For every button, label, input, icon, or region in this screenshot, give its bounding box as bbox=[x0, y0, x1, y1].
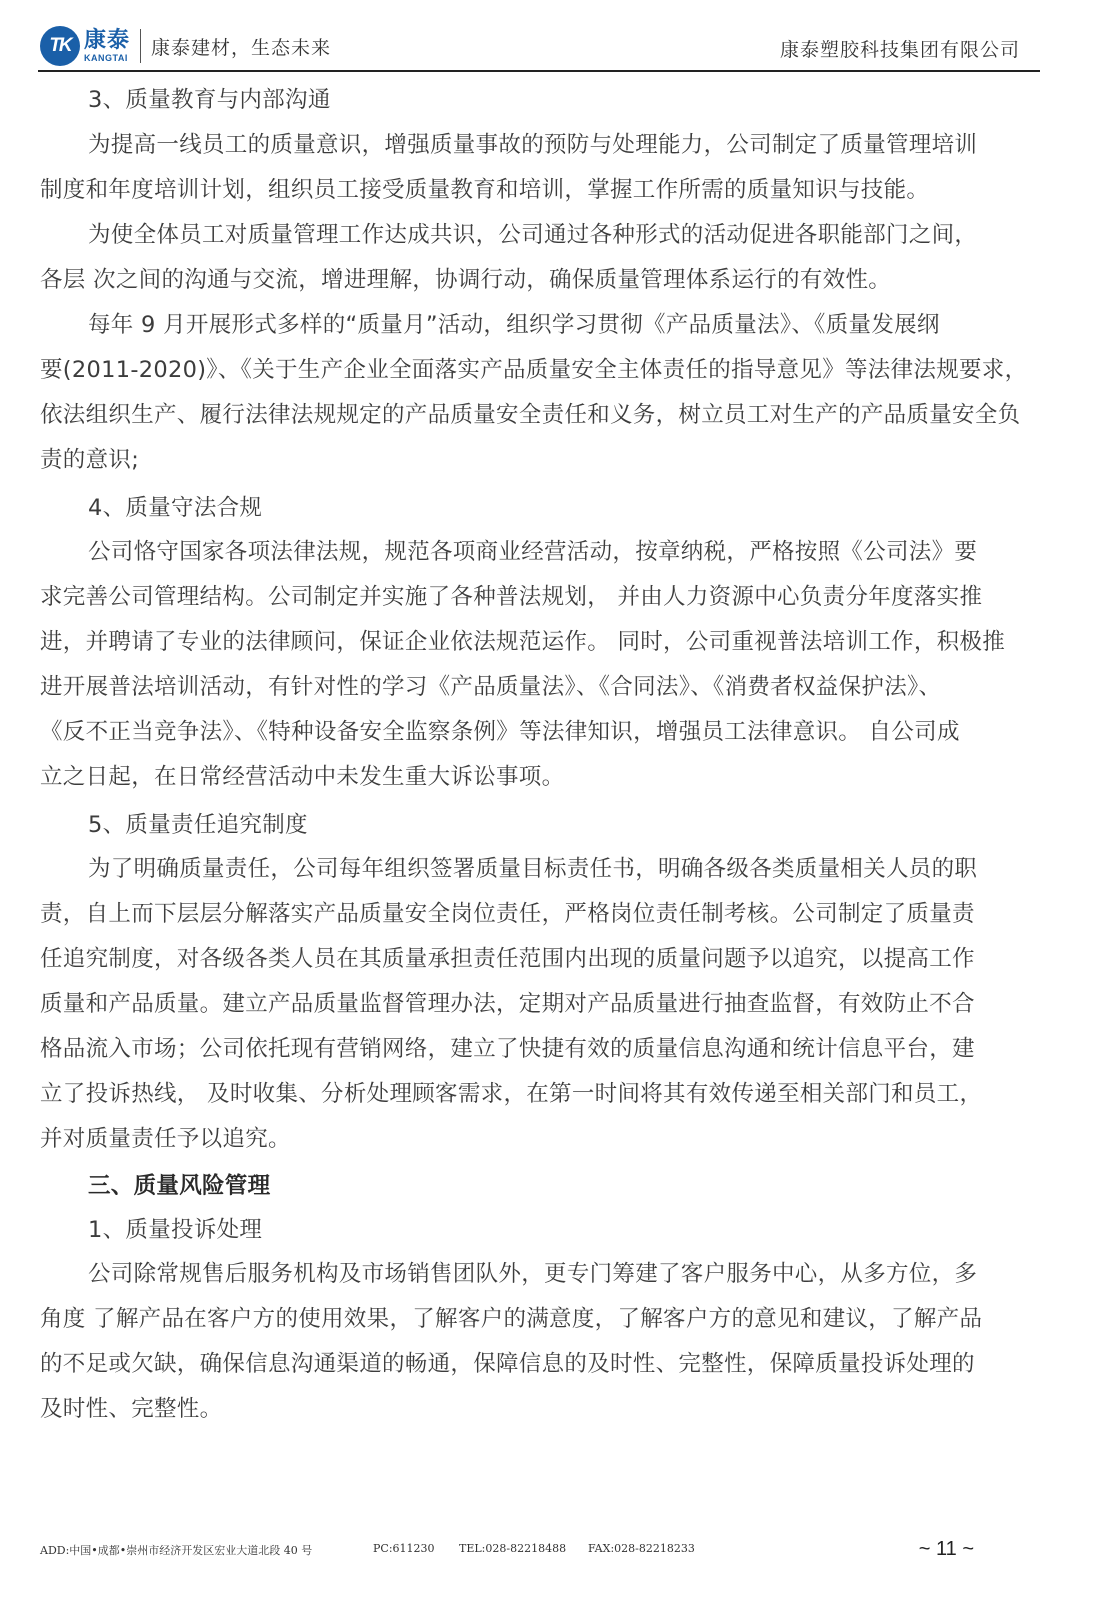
slogan: 康泰建材，生态未来 bbox=[151, 33, 331, 60]
text-line: 每年 9 月开展形式多样的“质量月”活动，组织学习贯彻《产品质量法》、《质量发展… bbox=[88, 303, 940, 347]
text-line: 公司除常规售后服务机构及市场销售团队外，更专门筹建了客户服务中心，从多方位，多 bbox=[88, 1252, 977, 1296]
header-divider bbox=[38, 70, 1040, 72]
text-line: 依法组织生产、履行法律法规规定的产品质量安全责任和义务，树立员工对生产的产品质量… bbox=[40, 393, 1020, 437]
footer-postcode: PC:611230 bbox=[373, 1542, 435, 1555]
text-line: 进，并聘请了专业的法律顾问，保证企业依法规范运作。 同时，公司重视普法培训工作，… bbox=[40, 620, 1005, 664]
logo-mark-icon: TK bbox=[40, 26, 80, 66]
text-line: 责的意识; bbox=[40, 438, 139, 482]
text-line: 《反不正当竞争法》、《特种设备安全监察条例》等法律知识，增强员工法律意识。 自公… bbox=[40, 710, 960, 754]
text-line: 5、质量责任追究制度 bbox=[88, 803, 308, 847]
text-line: 各层 次之间的沟通与交流，增进理解，协调行动，确保质量管理体系运行的有效性。 bbox=[40, 258, 891, 302]
page-number: ~ 11 ~ bbox=[919, 1538, 974, 1561]
logo-chinese-name: 康泰 bbox=[84, 30, 130, 52]
text-line: 4、质量守法合规 bbox=[88, 486, 262, 530]
company-name: 康泰塑胶科技集团有限公司 bbox=[780, 35, 1020, 62]
text-line: 求完善公司管理结构。公司制定并实施了各种普法规划， 并由人力资源中心负责分年度落… bbox=[40, 575, 982, 619]
text-line: 进开展普法培训活动，有针对性的学习《产品质量法》、《合同法》、《消费者权益保护法… bbox=[40, 665, 941, 709]
footer-address: ADD:中国•成都•崇州市经济开发区宏业大道北段 40 号 bbox=[40, 1542, 312, 1558]
section-heading: 三、质量风险管理 bbox=[88, 1164, 270, 1208]
text-line: 3、质量教育与内部沟通 bbox=[88, 78, 331, 122]
text-line: 制度和年度培训计划，组织员工接受质量教育和培训，掌握工作所需的质量知识与技能。 bbox=[40, 168, 929, 212]
text-line: 任追究制度，对各级各类人员在其质量承担责任范围内出现的质量问题予以追究，以提高工… bbox=[40, 937, 975, 981]
text-line: 格品流入市场；公司依托现有营销网络，建立了快捷有效的质量信息沟通和统计信息平台，… bbox=[40, 1027, 975, 1071]
footer-fax: FAX:028-82218233 bbox=[588, 1542, 695, 1555]
text-line: 公司恪守国家各项法律法规，规范各项商业经营活动，按章纳税，严格按照《公司法》要 bbox=[88, 530, 977, 574]
text-line: 的不足或欠缺，确保信息沟通渠道的畅通，保障信息的及时性、完整性，保障质量投诉处理… bbox=[40, 1342, 975, 1386]
footer-tel: TEL:028-82218488 bbox=[459, 1542, 566, 1555]
text-line: 立之日起，在日常经营活动中未发生重大诉讼事项。 bbox=[40, 755, 564, 799]
logo-wordmark: 康泰 KANGTAI bbox=[84, 30, 130, 63]
text-line: 立了投诉热线， 及时收集、分析处理顾客需求，在第一时间将其有效传递至相关部门和员… bbox=[40, 1072, 982, 1116]
text-line: 质量和产品质量。建立产品质量监督管理办法，定期对产品质量进行抽查监督，有效防止不… bbox=[40, 982, 975, 1026]
page-footer: ADD:中国•成都•崇州市经济开发区宏业大道北段 40 号 PC:611230 … bbox=[40, 1538, 1040, 1562]
text-line: 并对质量责任予以追究。 bbox=[40, 1117, 291, 1161]
text-line: 为使全体员工对质量管理工作达成共识，公司通过各种形式的活动促进各职能部门之间， bbox=[88, 213, 977, 257]
page-header: TK 康泰 KANGTAI 康泰建材，生态未来 康泰塑胶科技集团有限公司 bbox=[0, 0, 1094, 72]
text-line: 责，自上而下层层分解落实产品质量安全岗位责任，严格岗位责任制考核。公司制定了质量… bbox=[40, 892, 975, 936]
text-line: 1、质量投诉处理 bbox=[88, 1208, 262, 1252]
logo-divider bbox=[140, 29, 141, 63]
text-line: 为提高一线员工的质量意识，增强质量事故的预防与处理能力，公司制定了质量管理培训 bbox=[88, 123, 977, 167]
logo-english-name: KANGTAI bbox=[84, 54, 130, 63]
text-line: 为了明确质量责任，公司每年组织签署质量目标责任书，明确各级各类质量相关人员的职 bbox=[88, 847, 977, 891]
text-line: 要(2011-2020)》、《关于生产企业全面落实产品质量安全主体责任的指导意见… bbox=[40, 348, 1027, 392]
company-logo: TK 康泰 KANGTAI 康泰建材，生态未来 bbox=[40, 26, 331, 66]
text-line: 角度 了解产品在客户方的使用效果，了解客户的满意度，了解客户方的意见和建议，了解… bbox=[40, 1297, 982, 1341]
text-line: 及时性、完整性。 bbox=[40, 1387, 222, 1431]
